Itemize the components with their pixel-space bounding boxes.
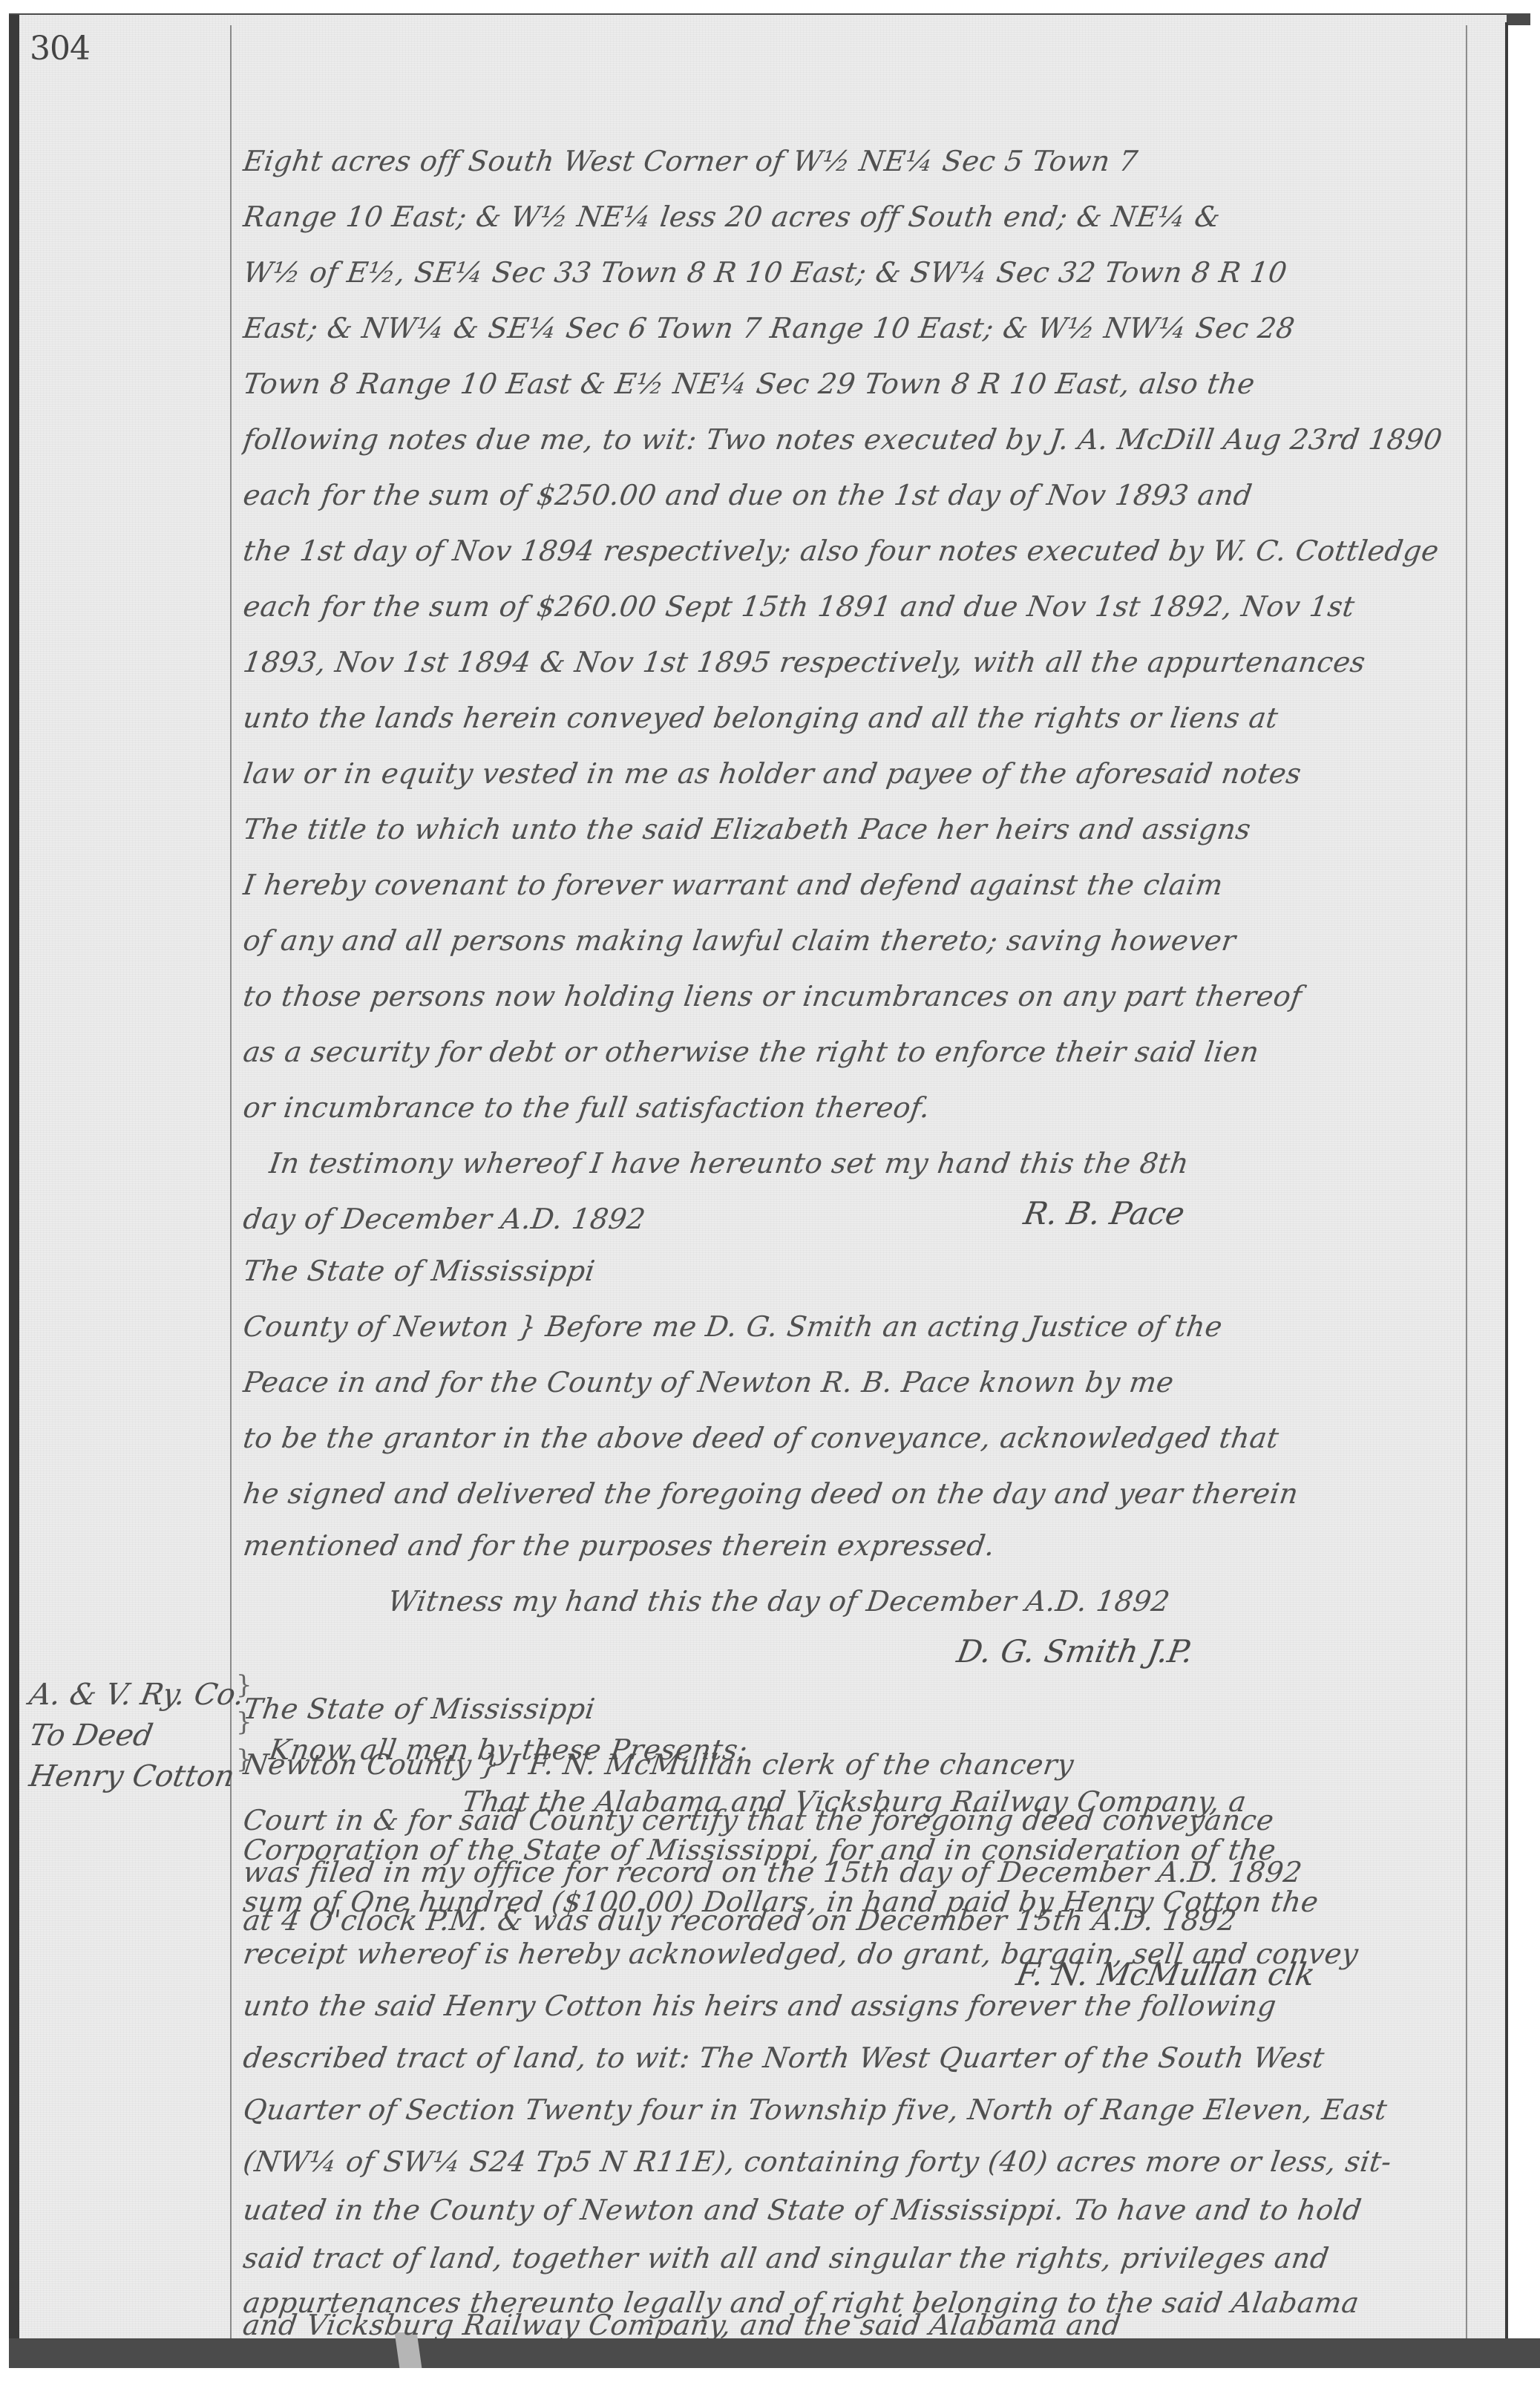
- deed2-line: Quarter of Section Twenty four in Townsh…: [241, 2093, 1448, 2126]
- margin-note-line: A. & V. Ry. Co.: [27, 1678, 247, 1712]
- deed-line: each for the sum of $250.00 and due on t…: [241, 479, 1448, 511]
- margin-note-line: Henry Cotton: [27, 1759, 237, 1793]
- clerk-state-heading: The State of Mississippi: [241, 1693, 1448, 1725]
- deed-line: Town 8 Range 10 East & E½ NE¼ Sec 29 Tow…: [241, 367, 1448, 400]
- ack-line: to be the grantor in the above deed of c…: [241, 1422, 1448, 1454]
- deed-line: the 1st day of Nov 1894 respectively; al…: [241, 534, 1448, 567]
- deed-line: law or in equity vested in me as holder …: [241, 757, 1448, 790]
- deed-line: each for the sum of $260.00 Sept 15th 18…: [241, 590, 1448, 623]
- page-bottom-shadow: [9, 2338, 1540, 2368]
- deed-line: to those persons now holding liens or in…: [241, 980, 1448, 1013]
- ack-line: Peace in and for the County of Newton R.…: [241, 1366, 1448, 1399]
- deed-line: of any and all persons making lawful cla…: [241, 924, 1448, 957]
- deed-line: or incumbrance to the full satisfaction …: [241, 1091, 1448, 1124]
- page-right-edge: [1505, 22, 1508, 2338]
- testimony-clause: In testimony whereof I have hereunto set…: [267, 1147, 1474, 1180]
- ack-line: he signed and delivered the foregoing de…: [241, 1477, 1448, 1510]
- margin-note-line: To Deed: [27, 1719, 156, 1753]
- ack-county-line: County of Newton } Before me D. G. Smith…: [241, 1310, 1448, 1343]
- testimony-date: day of December A.D. 1892: [241, 1203, 914, 1235]
- deed2-line: described tract of land, to wit: The Nor…: [241, 2041, 1448, 2074]
- deed-line: Eight acres off South West Corner of W½ …: [241, 145, 1448, 177]
- ack-witness-line: Witness my hand this the day of December…: [386, 1585, 1355, 1618]
- right-margin-rule: [1466, 25, 1467, 2338]
- deed2-opening: Know all men by these Presents:: [267, 1733, 1474, 1766]
- brace-icon: }: [236, 1670, 252, 1700]
- deed-line: following notes due me, to wit: Two note…: [241, 423, 1448, 456]
- deed2-line: and Vicksburg Railway Company, and the s…: [241, 2309, 1448, 2338]
- page-number: 304: [30, 30, 90, 68]
- left-margin-rule: [230, 25, 232, 2338]
- deed-line: W½ of E½, SE¼ Sec 33 Town 8 R 10 East; &…: [241, 256, 1448, 289]
- ack-state-heading: The State of Mississippi: [241, 1255, 1448, 1287]
- deed2-line: receipt whereof is hereby acknowledged, …: [241, 1937, 1448, 1970]
- deed-line: unto the lands herein conveyed belonging…: [241, 702, 1448, 734]
- justice-signature: D. G. Smith J.P.: [954, 1633, 1196, 1670]
- deed-line: as a security for debt or otherwise the …: [241, 1036, 1448, 1068]
- deed-line: 1893, Nov 1st 1894 & Nov 1st 1895 respec…: [241, 646, 1448, 678]
- deed2-line: sum of One hundred ($100.00) Dollars, in…: [241, 1886, 1448, 1918]
- deed-line: The title to which unto the said Elizabe…: [241, 813, 1448, 846]
- brace-icon: }: [236, 1707, 252, 1737]
- deed-line: I hereby covenant to forever warrant and…: [241, 869, 1448, 901]
- deed2-line: said tract of land, together with all an…: [241, 2242, 1448, 2275]
- deed2-line: uated in the County of Newton and State …: [241, 2194, 1448, 2226]
- deed2-line: unto the said Henry Cotton his heirs and…: [241, 1989, 1448, 2022]
- deed2-line: Corporation of the State of Mississippi,…: [241, 1834, 1448, 1866]
- ack-line: mentioned and for the purposes therein e…: [241, 1529, 1448, 1562]
- deed2-line: That the Alabama and Vicksburg Railway C…: [460, 1785, 1467, 1818]
- grantor-signature: R. B. Pace: [1021, 1195, 1187, 1232]
- deed-line: East; & NW¼ & SE¼ Sec 6 Town 7 Range 10 …: [241, 312, 1448, 344]
- deed-line: Range 10 East; & W½ NE¼ less 20 acres of…: [241, 200, 1448, 233]
- brace-icon: }: [236, 1744, 252, 1774]
- deed2-line: (NW¼ of SW¼ S24 Tp5 N R11E), containing …: [241, 2145, 1448, 2178]
